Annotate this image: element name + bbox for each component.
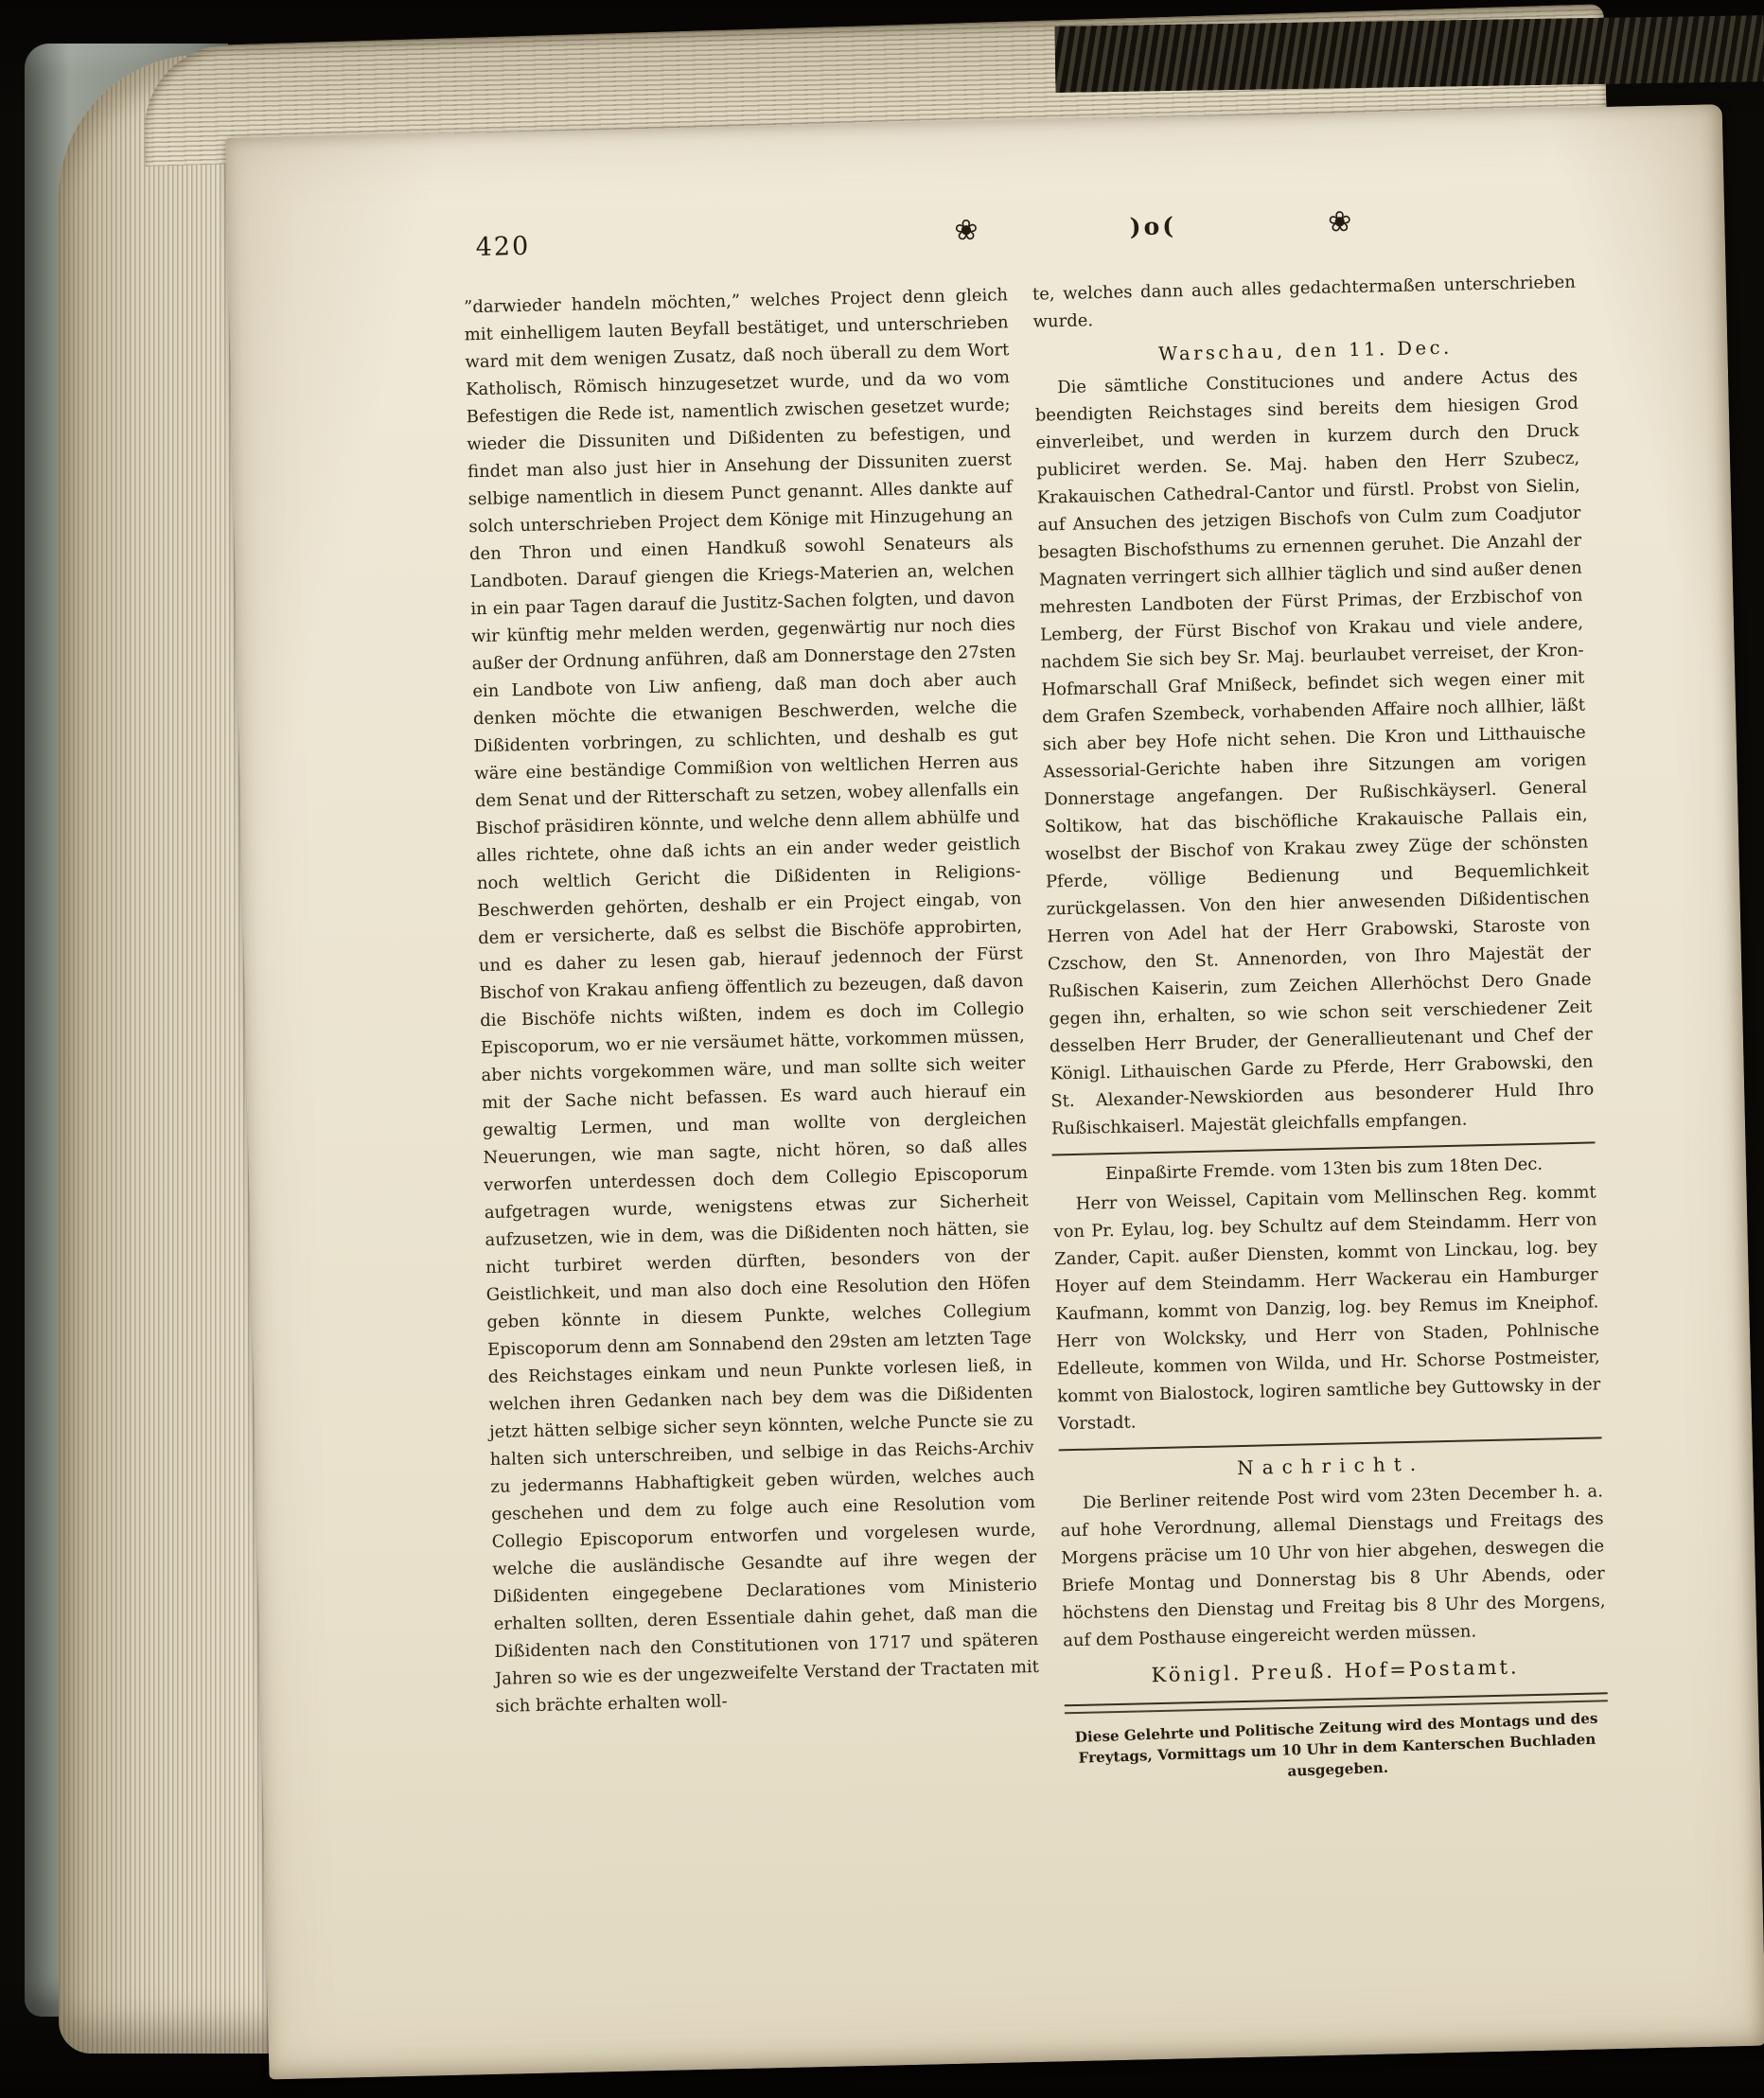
imprint-note: Diese Gelehrte und Politische Zeitung wi…: [1071, 1708, 1603, 1789]
folio-number: 420: [475, 232, 530, 262]
center-ornament-mark: )o(: [1129, 212, 1176, 240]
two-column-text: ”darwieder handeln möchten,” welches Pro…: [464, 269, 1610, 1799]
warschau-paragraph: Die sämtliche Constituciones und andere …: [1034, 362, 1595, 1143]
scanned-page: 420 ❀ )o( ❀ ”darwieder handeln möchten,”…: [225, 104, 1764, 2079]
binding-fabric-texture: [1054, 15, 1764, 93]
postamt-signature: Königl. Preuß. Hof=Postamt.: [1064, 1651, 1608, 1691]
right-column: te, welches dann auch alles gedachtermaß…: [1032, 269, 1610, 1787]
continuation-paragraph: te, welches dann auch alles gedachtermaß…: [1032, 269, 1577, 336]
left-column-paragraph: ”darwieder handeln möchten,” welches Pro…: [464, 281, 1040, 1720]
shell-ornament-icon: ❀: [954, 214, 979, 248]
shell-ornament-icon: ❀: [1328, 205, 1352, 239]
fremde-paragraph: Herr von Weissel, Capitain vom Mellinsch…: [1052, 1178, 1601, 1437]
nachricht-paragraph: Die Berliner reitende Post wird vom 23te…: [1060, 1477, 1607, 1654]
header-ornaments: ❀ )o( ❀: [954, 205, 1352, 248]
page-header: 420 ❀ )o( ❀: [462, 199, 1575, 273]
book-scan: 420 ❀ )o( ❀ ”darwieder handeln möchten,”…: [0, 0, 1764, 2098]
left-column: ”darwieder handeln möchten,” welches Pro…: [464, 281, 1042, 1799]
page-content: 420 ❀ )o( ❀ ”darwieder handeln möchten,”…: [462, 199, 1609, 1799]
